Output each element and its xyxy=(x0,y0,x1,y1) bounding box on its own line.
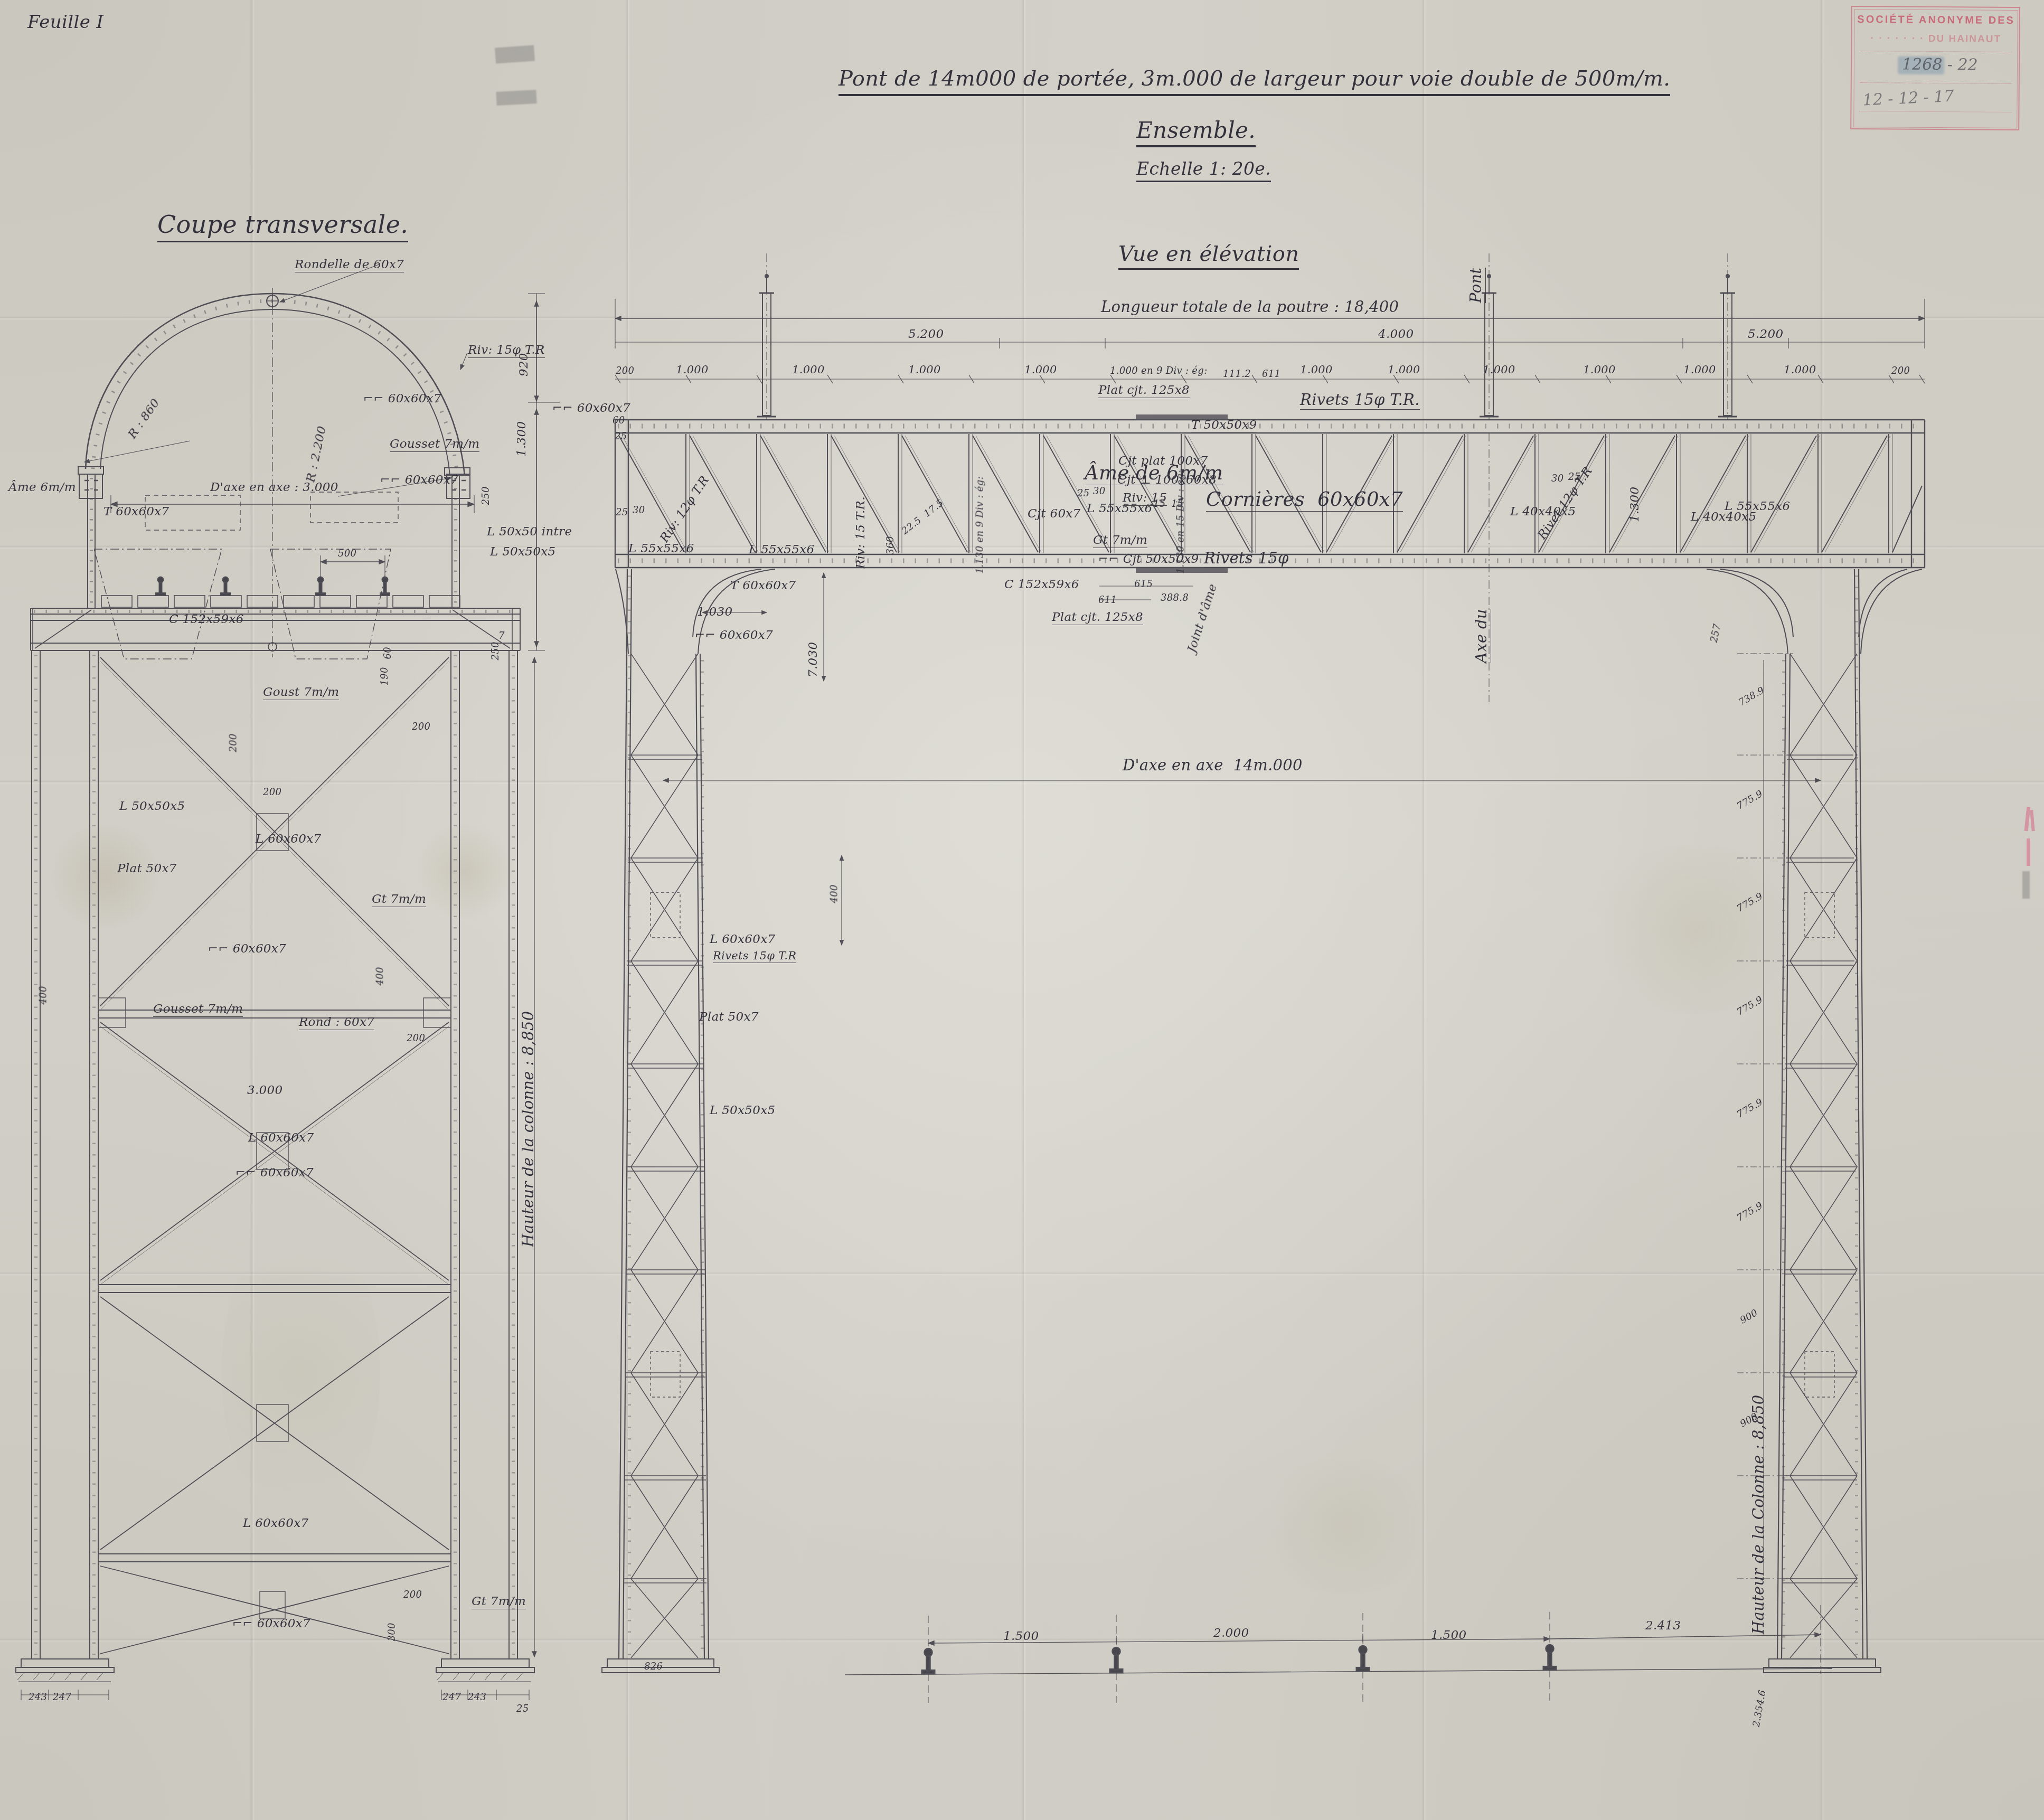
dimension-label: D'axe en axe : 3.000 xyxy=(210,480,338,494)
dimension-label: 25 xyxy=(615,431,627,442)
dimension-label: 200 xyxy=(403,1589,422,1600)
page-title: Pont de 14m000 de portée, 3m.000 de larg… xyxy=(839,67,1670,96)
dimension-label: Hauteur de la Colonne : 8,850 xyxy=(1749,1395,1767,1634)
stamp-date: 12 - 12 - 17 xyxy=(1862,87,1954,110)
part-label: L 55x55x6 xyxy=(628,542,694,555)
stamp-number: 1268 - 22 xyxy=(1902,55,1978,74)
dimension-label: 500 xyxy=(338,548,356,559)
dimension-label: 200 xyxy=(1891,365,1910,376)
part-label: ⌐⌐ 60x60x7 xyxy=(552,401,630,415)
dimension-label: 15 xyxy=(1153,498,1166,510)
dimension-label: 1.000 xyxy=(1683,363,1716,376)
dimension-label: 190 xyxy=(379,667,390,685)
dimension-label: 60 xyxy=(382,647,393,659)
part-label: Plat 50x7 xyxy=(117,862,177,875)
part-label: L 50x50 intre xyxy=(487,525,572,539)
dimension-label: 400 xyxy=(829,884,840,903)
sheet-number: Feuille I xyxy=(27,12,103,33)
dimension-label: D'axe en axe 14m.000 xyxy=(1123,756,1303,774)
dimension-label: 2.000 xyxy=(1213,1626,1249,1640)
dimension-label: 25 xyxy=(1077,488,1090,499)
part-label: T 60x60x7 xyxy=(730,579,796,592)
dimension-label: 1.000 xyxy=(1024,363,1057,376)
part-label: L 60x60x7 xyxy=(256,832,321,846)
part-label: Plat 50x7 xyxy=(699,1010,759,1024)
part-label: Âme 6m/m xyxy=(8,480,76,494)
part-label: L 55x55x6 xyxy=(749,543,814,557)
dimension-label: 30 xyxy=(633,505,645,516)
dimension-label: 200 xyxy=(228,733,239,752)
part-label: ⌐⌐ 60x60x7 xyxy=(363,392,441,406)
part-label: Cjt plat 100x7 xyxy=(1118,454,1208,468)
dimension-label: 250 xyxy=(490,642,501,660)
dimension-label: 1.000 xyxy=(792,363,825,376)
part-label: Rond : 60x7 xyxy=(299,1015,374,1030)
dimension-label: 1.000 xyxy=(676,363,709,376)
dimension-label: 200 xyxy=(412,721,430,732)
part-label: Riv: 15φ T.R xyxy=(468,343,545,358)
part-label: L 55x55x6 xyxy=(1087,502,1152,515)
dimension-label: 611 xyxy=(1098,595,1117,606)
part-label: ⌐⌐ Cjt 50x50x9 xyxy=(1098,552,1199,566)
dimension-label: 400 xyxy=(38,986,49,1004)
dimension-label: Hauteur de la colonne : 8,850 xyxy=(519,1011,537,1247)
drawing-linework xyxy=(0,0,2044,1820)
part-label: ⌐⌐ 60x60x7 xyxy=(695,628,773,642)
dimension-label: 920 xyxy=(517,353,531,376)
part-label: Rondelle de 60x7 xyxy=(295,258,404,272)
stamp-rule xyxy=(1860,51,2012,52)
stamp-rule xyxy=(1860,82,2012,84)
part-label: L 50x50x5 xyxy=(490,545,555,559)
dimension-label: 200 xyxy=(616,365,634,376)
dimension-label: 826 xyxy=(644,1661,663,1672)
part-label: ⌐⌐ 60x60x7 xyxy=(380,473,458,487)
dimension-label: 111.2 xyxy=(1223,369,1251,380)
stamp-rule xyxy=(1859,111,2011,112)
dimension-label: Longueur totale de la poutre : 18,400 xyxy=(1101,298,1399,316)
dimension-label: 1.500 xyxy=(1003,1629,1039,1643)
part-label: L 60x60x7 xyxy=(248,1131,314,1145)
dimension-label: 30 xyxy=(1551,473,1564,484)
dimension-label: 1.000 xyxy=(1483,363,1515,376)
part-label: Rivets 15φ xyxy=(1204,549,1289,568)
dimension-label: 1.000 en 9 Div : ég: xyxy=(1110,365,1208,376)
part-label: Gousset 7m/m xyxy=(153,1002,243,1017)
stamp-company-line2: · · · · · · · DU HAINAUT xyxy=(1854,33,2017,45)
dimension-label: 2.413 xyxy=(1645,1619,1681,1633)
dimension-label: 1.000 xyxy=(1583,363,1616,376)
dimension-label: 1.300 xyxy=(515,421,529,457)
part-label: T 60x60x7 xyxy=(103,505,169,518)
dimension-label: 25 xyxy=(616,507,628,518)
dimension-label: 5.200 xyxy=(908,327,944,341)
elevation-title: Vue en élévation xyxy=(1118,242,1299,270)
part-label: Gt 7m/m xyxy=(372,892,426,907)
dimension-label: 60 xyxy=(613,415,625,426)
dimension-label: 5.200 xyxy=(1748,327,1783,341)
dimension-label: 1.300 xyxy=(1628,487,1642,522)
part-label: Cjt 60x7 xyxy=(1028,507,1081,521)
dimension-label: 615 xyxy=(1134,579,1153,590)
dimension-label: 7 xyxy=(498,630,505,642)
dimension-label: 611 xyxy=(1262,369,1280,380)
dimension-label: 4.000 xyxy=(1378,327,1414,341)
dimension-label: 247 xyxy=(442,1692,461,1703)
dimension-label: 388.8 xyxy=(1161,592,1189,603)
part-label: Plat cjt. 125x8 xyxy=(1098,383,1190,398)
dimension-label: 7.030 xyxy=(806,642,820,677)
dimension-label: 360 xyxy=(885,536,896,554)
dimension-label: 1.000 xyxy=(1388,363,1420,376)
part-label: L 60x60x7 xyxy=(710,932,775,946)
part-label: C 152x59x6 xyxy=(169,612,244,626)
dimension-label: 243 xyxy=(468,1692,486,1703)
dimension-label: 243 xyxy=(29,1692,47,1703)
archive-stamp-frame: SOCIÉTÉ ANONYME DES · · · · · · · DU HAI… xyxy=(1853,9,2018,128)
dimension-label: 247 xyxy=(53,1692,71,1703)
part-label: C 152x59x6 xyxy=(1004,578,1079,591)
dimension-label: 1.500 xyxy=(1431,1628,1466,1642)
stamp-company-line: SOCIÉTÉ ANONYME DES xyxy=(1855,14,2018,27)
part-label: ⌐⌐ 60x60x7 xyxy=(236,1166,314,1180)
dimension-label: 3.000 xyxy=(247,1083,282,1097)
part-label: L 60x60x7 xyxy=(243,1516,308,1530)
part-label: T 50x50x9 xyxy=(1191,418,1257,433)
scale-note: Echelle 1: 20e. xyxy=(1136,158,1271,182)
part-label: Rivets 15φ T.R. xyxy=(1300,391,1420,410)
blueprint-sheet: { "header": { "sheet_label": "Feuille I"… xyxy=(0,0,2044,1820)
part-label: L 40x40x5 xyxy=(1510,505,1576,518)
dimension-label: 200 xyxy=(407,1033,425,1044)
dimension-label: 30 xyxy=(1093,486,1106,497)
dimension-label: 1.130 en 9 Div : ég: xyxy=(975,476,986,574)
dimension-label: 1.030 xyxy=(697,605,732,619)
part-label: Gt 7m/m xyxy=(472,1595,526,1609)
dimension-label: 200 xyxy=(263,787,281,798)
dimension-label: 250 xyxy=(481,486,492,505)
part-label: L 50x50x5 xyxy=(710,1104,775,1117)
dimension-label: 1.000 xyxy=(908,363,941,376)
part-label: Rivets 15φ T.R xyxy=(713,949,796,963)
dimension-label: 25 xyxy=(516,1703,529,1714)
part-label: Cjt ⊥ 100x60x8 xyxy=(1117,473,1217,487)
part-label: L 55x55x6 xyxy=(1725,499,1790,513)
dimension-label: 1.000 xyxy=(1784,363,1816,376)
part-label: L 50x50x5 xyxy=(119,799,185,813)
part-label: Plat cjt. 125x8 xyxy=(1052,610,1143,625)
part-label: Gousset 7m/m xyxy=(390,437,479,452)
dimension-label: 25 xyxy=(1568,471,1581,483)
cross-section-title: Coupe transversale. xyxy=(157,210,408,242)
note-label: Pont xyxy=(1467,268,1486,303)
dimension-label: 400 xyxy=(375,967,386,985)
part-label: ⌐⌐ 60x60x7 xyxy=(208,942,286,956)
page-subtitle: Ensemble. xyxy=(1136,117,1256,147)
part-label: Gt 7m/m xyxy=(1093,533,1147,548)
part-label: Cornières 60x60x7 xyxy=(1206,488,1403,512)
part-label: ⌐⌐ 60x60x7 xyxy=(232,1617,310,1630)
dimension-label: 1.000 xyxy=(1300,363,1333,376)
dimension-label: 300 xyxy=(387,1623,398,1641)
archive-stamp: SOCIÉTÉ ANONYME DES · · · · · · · DU HAI… xyxy=(1850,6,2020,130)
part-label: Riv: 15 T.R. xyxy=(854,496,868,569)
note-label: Axe du xyxy=(1472,609,1491,663)
part-label: Goust 7m/m xyxy=(263,685,339,700)
